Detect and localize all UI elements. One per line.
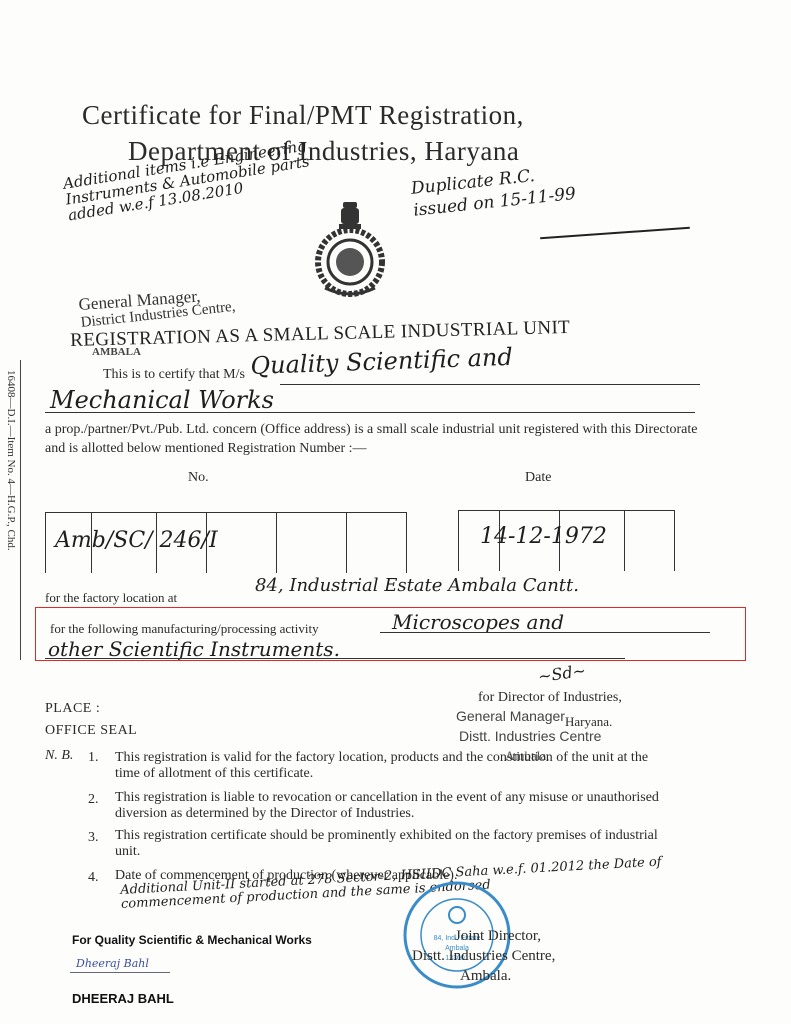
note-1-num: 1. — [88, 750, 99, 766]
director-line-1: for Director of Industries, — [478, 690, 622, 706]
title-line-1: Certificate for Final/PMT Registration, — [82, 100, 524, 131]
footer-signature: Dheeraj Bahl — [76, 957, 149, 970]
note-4-num: 4. — [88, 870, 99, 886]
company-underline-1 — [280, 384, 700, 385]
company-name-line-2: Mechanical Works — [50, 386, 274, 414]
side-rule — [20, 360, 21, 660]
stamp-gm: General Manager — [456, 708, 565, 724]
note-2-text: This registration is liable to revocatio… — [115, 790, 675, 822]
factory-location: 84, Industrial Estate Ambala Cantt. — [255, 575, 579, 596]
stamp-distt: Distt. Industries Centre — [459, 728, 601, 744]
place-label: PLACE : — [45, 698, 137, 720]
factory-label: for the factory location at — [45, 590, 177, 606]
joint-director-line-1: Joint Director, — [455, 928, 541, 945]
side-print-text: 16408—D.I.—Item No. 4—H.G.P., Chd. — [5, 370, 17, 551]
certify-label: This is to certify that M/s — [103, 367, 245, 383]
activity-label: for the following manufacturing/processi… — [50, 621, 319, 637]
registration-number: Amb/SC/ 246/I — [55, 528, 218, 553]
company-name-line-1: Quality Scientific and — [250, 343, 513, 380]
date-label: Date — [525, 470, 551, 486]
note-1-text: This registration is valid for the facto… — [115, 750, 675, 782]
company-underline-2 — [45, 412, 695, 413]
note-3-num: 3. — [88, 830, 99, 846]
nb-label: N. B. — [45, 748, 73, 764]
joint-director-line-3: Ambala. — [460, 968, 511, 985]
note-3-text: This registration certificate should be … — [115, 828, 675, 860]
side-print: 16408—D.I.—Item No. 4—H.G.P., Chd. — [5, 370, 19, 640]
activity-line-1: Microscopes and — [392, 610, 564, 634]
place-block: PLACE : OFFICE SEAL — [45, 698, 137, 742]
footer-name: DHEERAJ BAHL — [72, 991, 174, 1006]
signature-line — [70, 972, 170, 973]
concern-text: a prop./partner/Pvt./Pub. Ltd. concern (… — [45, 420, 705, 458]
manager-signature: ~Sd~ — [537, 661, 587, 686]
activity-underline-2 — [45, 658, 625, 659]
note-underline — [540, 227, 690, 239]
state-emblem-icon — [305, 200, 395, 300]
handwritten-note-right: Duplicate R.C. issued on 15-11-99 — [410, 161, 577, 222]
no-label: No. — [188, 470, 209, 486]
registration-date: 14-12-1972 — [480, 524, 607, 549]
activity-underline-1 — [380, 632, 710, 633]
seal-label: OFFICE SEAL — [45, 720, 137, 742]
gm-city: AMBALA — [92, 346, 141, 358]
footer-company: For Quality Scientific & Mechanical Work… — [72, 933, 312, 947]
note-2-num: 2. — [88, 792, 99, 808]
joint-director-line-2: Distt. Industries Centre, — [412, 948, 555, 965]
